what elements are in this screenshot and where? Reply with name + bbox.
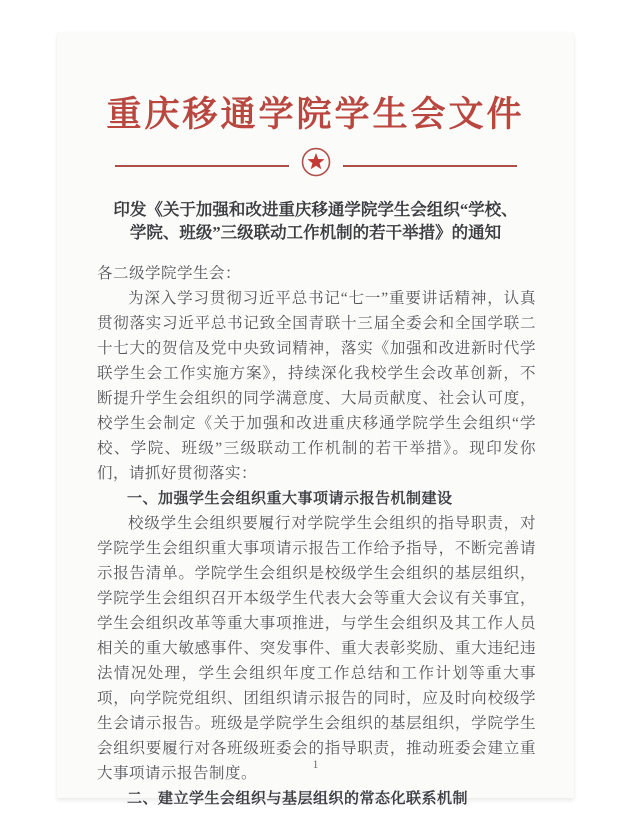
document-body: 各二级学院学生会： 为深入学习贯彻习近平总书记“七一”重要讲话精神，认真贯彻落实… [97,261,536,811]
intro-paragraph: 为深入学习贯彻习近平总书记“七一”重要讲话精神，认真贯彻落实习近平总书记致全国青… [97,286,536,486]
document-header-title: 重庆移通学院学生会文件 [57,87,574,137]
section2-heading: 二、建立学生会组织与基层组织的常态化联系机制 [97,786,536,811]
page-number: 1 [57,757,574,772]
document-title: 印发《关于加强和改进重庆移通学院学生会组织“学校、 学院、班级”三级联动工作机制… [96,198,536,244]
document-page: 重庆移通学院学生会文件 印发《关于加强和改进重庆移通学院学生会组织“学校、 学院… [57,32,574,798]
circled-star-icon [301,147,331,177]
document-title-line2: 学院、班级”三级联动工作机制的若干举措》的通知 [96,221,536,244]
document-title-line1: 印发《关于加强和改进重庆移通学院学生会组织“学校、 [96,198,536,221]
section1-paragraph: 校级学生会组织要履行对学院学生会组织的指导职责，对学院学生会组织重大事项请示报告… [97,511,536,786]
salutation: 各二级学院学生会： [97,261,536,286]
header-divider-rule-left [115,165,289,167]
section1-heading: 一、加强学生会组织重大事项请示报告机制建设 [97,486,536,511]
header-divider [115,147,517,177]
header-divider-rule-right [343,165,517,167]
